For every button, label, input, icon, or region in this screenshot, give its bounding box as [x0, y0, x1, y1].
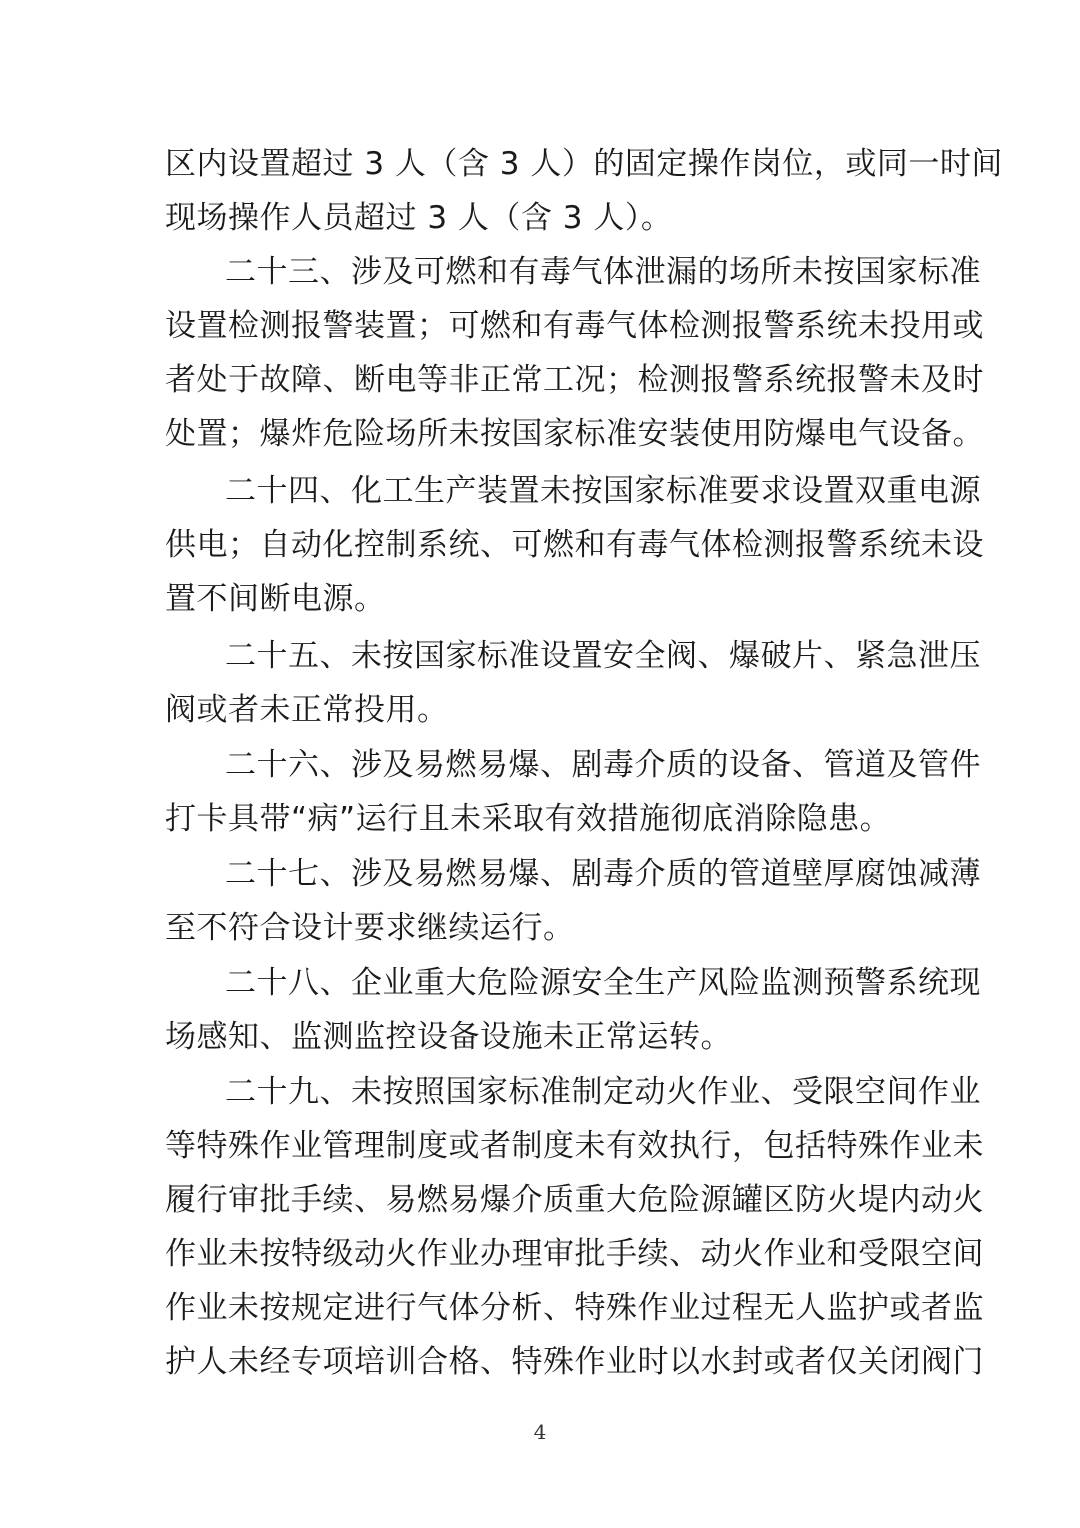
line-text: 二十七、涉及易燃易爆、剧毒介质的管道壁厚腐蚀减薄 [225, 847, 917, 901]
text-line-15: 至不符合设计要求继续运行。 [165, 901, 917, 955]
clause-28-heading-line: 二十八、企业重大危险源安全生产风险监测预警系统现 [225, 956, 917, 1010]
line-text: 作业未按规定进行气体分析、特殊作业过程无人监护或者监 [165, 1281, 917, 1335]
line-text: 设置检测报警装置；可燃和有毒气体检测报警系统未投用或 [165, 299, 917, 353]
text-line-6: 处置；爆炸危险场所未按国家标准安装使用防爆电气设备。 [165, 407, 917, 461]
text-line-13: 打卡具带“病”运行且未采取有效措施彻底消除隐患。 [165, 792, 917, 846]
line-text: 二十六、涉及易燃易爆、剧毒介质的设备、管道及管件 [225, 738, 917, 792]
clause-24-heading-line: 二十四、化工生产装置未按国家标准要求设置双重电源 [225, 464, 917, 518]
text-line-5: 者处于故障、断电等非正常工况；检测报警系统报警未及时 [165, 353, 917, 407]
clause-29-heading-line: 二十九、未按照国家标准制定动火作业、受限空间作业 [225, 1065, 917, 1119]
line-text: 履行审批手续、易燃易爆介质重大危险源罐区防火堤内动火 [165, 1173, 917, 1227]
line-text: 二十五、未按国家标准设置安全阀、爆破片、紧急泄压 [225, 629, 917, 683]
line-text: 至不符合设计要求继续运行。 [165, 901, 917, 955]
clause-27-heading-line: 二十七、涉及易燃易爆、剧毒介质的管道壁厚腐蚀减薄 [225, 847, 917, 901]
text-line-2: 现场操作人员超过 3 人（含 3 人）。 [165, 191, 917, 245]
line-text: 场感知、监测监控设备设施未正常运转。 [165, 1010, 917, 1064]
clause-25-heading-line: 二十五、未按国家标准设置安全阀、爆破片、紧急泄压 [225, 629, 917, 683]
line-text: 处置；爆炸危险场所未按国家标准安装使用防爆电气设备。 [165, 407, 917, 461]
text-line-8: 供电；自动化控制系统、可燃和有毒气体检测报警系统未设 [165, 518, 917, 572]
text-line-1: 区内设置超过 3 人（含 3 人）的固定操作岗位，或同一时间 [165, 137, 917, 191]
clause-26-heading-line: 二十六、涉及易燃易爆、剧毒介质的设备、管道及管件 [225, 738, 917, 792]
line-text: 供电；自动化控制系统、可燃和有毒气体检测报警系统未设 [165, 518, 917, 572]
page-number: 4 [0, 1420, 1080, 1444]
text-line-17: 场感知、监测监控设备设施未正常运转。 [165, 1010, 917, 1064]
text-line-22: 作业未按规定进行气体分析、特殊作业过程无人监护或者监 [165, 1281, 917, 1335]
line-text: 等特殊作业管理制度或者制度未有效执行，包括特殊作业未 [165, 1119, 917, 1173]
line-text: 二十四、化工生产装置未按国家标准要求设置双重电源 [225, 464, 917, 518]
text-line-9: 置不间断电源。 [165, 572, 917, 626]
text-line-4: 设置检测报警装置；可燃和有毒气体检测报警系统未投用或 [165, 299, 917, 353]
line-text: 作业未按特级动火作业办理审批手续、动火作业和受限空间 [165, 1227, 917, 1281]
text-line-23: 护人未经专项培训合格、特殊作业时以水封或者仅关闭阀门 [165, 1335, 917, 1389]
line-text: 置不间断电源。 [165, 572, 917, 626]
text-line-11: 阀或者未正常投用。 [165, 683, 917, 737]
line-text: 二十八、企业重大危险源安全生产风险监测预警系统现 [225, 956, 917, 1010]
line-text: 二十三、涉及可燃和有毒气体泄漏的场所未按国家标准 [225, 245, 917, 299]
text-line-20: 履行审批手续、易燃易爆介质重大危险源罐区防火堤内动火 [165, 1173, 917, 1227]
text-line-19: 等特殊作业管理制度或者制度未有效执行，包括特殊作业未 [165, 1119, 917, 1173]
line-text: 二十九、未按照国家标准制定动火作业、受限空间作业 [225, 1065, 917, 1119]
line-text: 打卡具带“病”运行且未采取有效措施彻底消除隐患。 [165, 792, 917, 846]
line-text: 者处于故障、断电等非正常工况；检测报警系统报警未及时 [165, 353, 917, 407]
clause-23-heading-line: 二十三、涉及可燃和有毒气体泄漏的场所未按国家标准 [225, 245, 917, 299]
line-text: 区内设置超过 3 人（含 3 人）的固定操作岗位，或同一时间 [165, 137, 917, 191]
document-page: 区内设置超过 3 人（含 3 人）的固定操作岗位，或同一时间 现场操作人员超过 … [0, 0, 1080, 1528]
line-text: 护人未经专项培训合格、特殊作业时以水封或者仅关闭阀门 [165, 1335, 917, 1389]
text-line-21: 作业未按特级动火作业办理审批手续、动火作业和受限空间 [165, 1227, 917, 1281]
line-text: 现场操作人员超过 3 人（含 3 人）。 [165, 191, 917, 245]
line-text: 阀或者未正常投用。 [165, 683, 917, 737]
